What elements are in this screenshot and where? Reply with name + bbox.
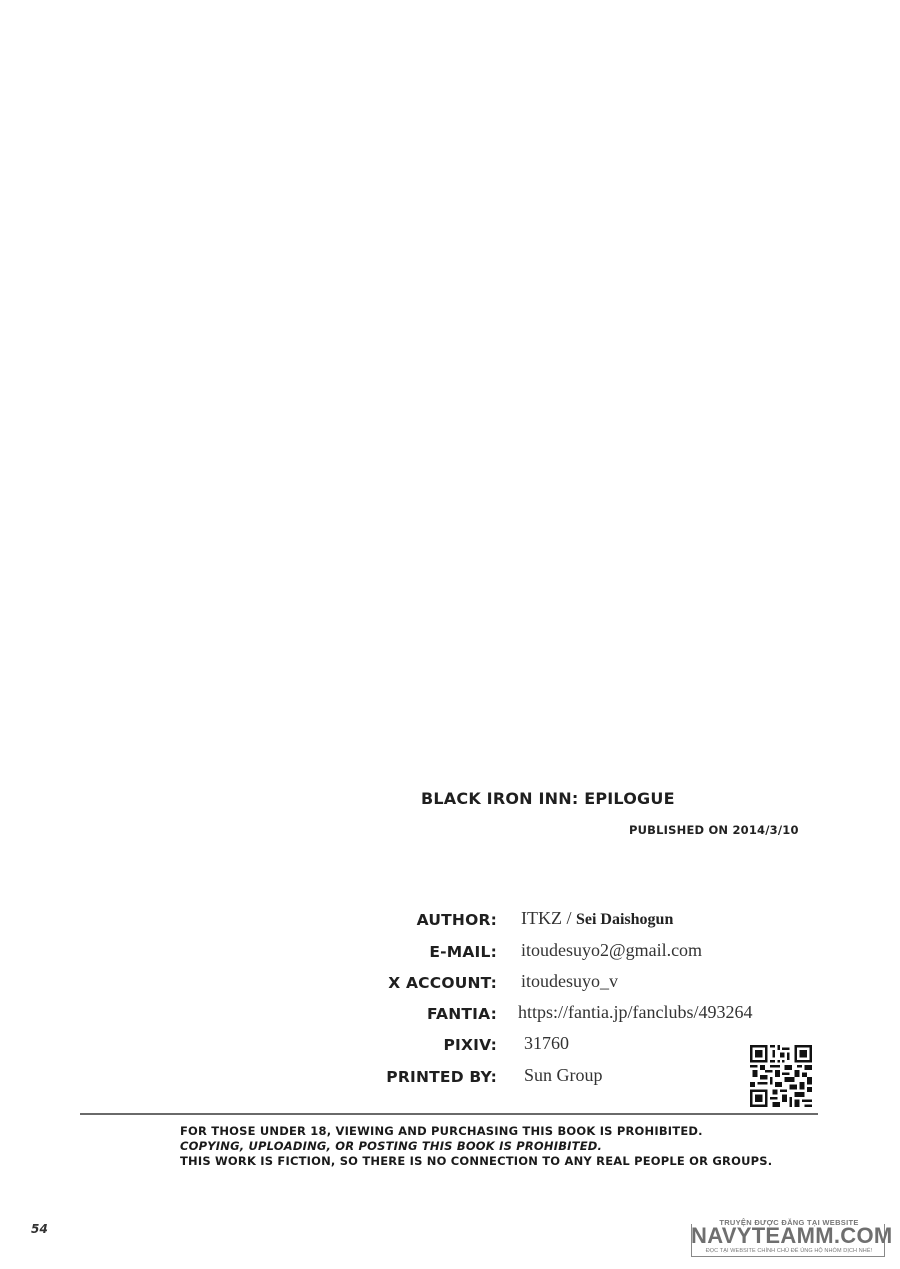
credit-label: PIXIV: <box>443 1036 497 1054</box>
qr-code-icon[interactable] <box>750 1045 812 1107</box>
x-account-link[interactable]: itoudesuyo_v <box>521 971 618 992</box>
author-alias: Sei Daishogun <box>576 911 673 928</box>
credit-label: AUTHOR: <box>417 911 497 929</box>
watermark-site[interactable]: NAVYTEAMM.COM <box>691 1225 887 1247</box>
credit-value: ITKZ / Sei Daishogun <box>521 908 673 929</box>
notice-line: FOR THOSE UNDER 18, VIEWING AND PURCHASI… <box>180 1124 772 1139</box>
credit-label: X ACCOUNT: <box>388 974 497 992</box>
divider-line <box>80 1113 818 1115</box>
publish-date: PUBLISHED ON 2014/3/10 <box>629 823 799 837</box>
email-link[interactable]: itoudesuyo2@gmail.com <box>521 940 702 961</box>
credit-row-x-account: X ACCOUNT: itoudesuyo_v <box>0 971 900 995</box>
credit-row-email: E-MAIL: itoudesuyo2@gmail.com <box>0 940 900 964</box>
fantia-link[interactable]: https://fantia.jp/fanclubs/493264 <box>518 1002 752 1023</box>
credit-row-author: AUTHOR: ITKZ / Sei Daishogun <box>0 908 900 932</box>
notice-line: THIS WORK IS FICTION, SO THERE IS NO CON… <box>180 1154 772 1169</box>
page-number: 54 <box>31 1222 48 1236</box>
credit-row-fantia: FANTIA: https://fantia.jp/fanclubs/49326… <box>0 1002 900 1026</box>
credit-label: FANTIA: <box>427 1005 497 1023</box>
pixiv-id: 31760 <box>524 1033 569 1054</box>
author-name: ITKZ / <box>521 908 576 928</box>
credit-label: E-MAIL: <box>429 943 497 961</box>
notice-line: COPYING, UPLOADING, OR POSTING THIS BOOK… <box>180 1139 772 1154</box>
watermark-sub-text: ĐỌC TẠI WEBSITE CHÍNH CHỦ ĐỂ ỦNG HỘ NHÓM… <box>691 1248 887 1254</box>
watermark: TRUYỆN ĐƯỢC ĐĂNG TẠI WEBSITE NAVYTEAMM.C… <box>691 1218 887 1258</box>
legal-notice: FOR THOSE UNDER 18, VIEWING AND PURCHASI… <box>180 1124 772 1169</box>
credit-label: PRINTED BY: <box>386 1068 497 1086</box>
book-title: BLACK IRON INN: EPILOGUE <box>421 789 675 808</box>
printer-name: Sun Group <box>524 1065 603 1086</box>
